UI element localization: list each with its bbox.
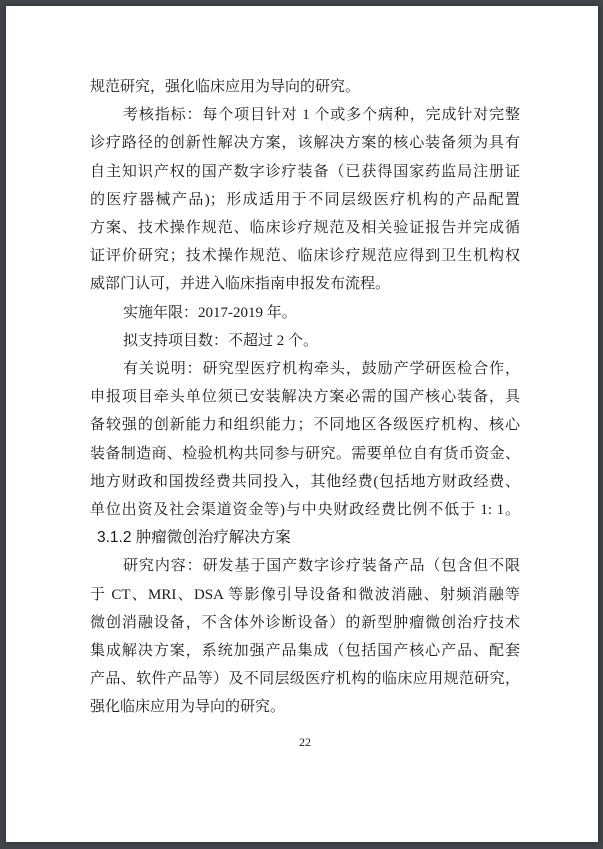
text-line: 单位出资及社会渠道资金等)与中央财政经费比例不低于 1: 1。 [90, 496, 520, 524]
text-line: 微创消融设备，不含体外诊断设备）的新型肿瘤微创治疗技术 [90, 609, 520, 637]
text-line: 考核指标：每个项目针对 1 个或多个病种，完成针对完整 [90, 101, 520, 129]
text-line: 集成解决方案，系统加强产品集成（包括国产核心产品、配套 [90, 637, 520, 665]
text-line: 备较强的创新能力和组织能力；不同地区各级医疗机构、核心 [90, 411, 520, 439]
text-line: 拟支持项目数：不超过 2 个。 [90, 327, 520, 355]
text-block: 规范研究，强化临床应用为导向的研究。考核指标：每个项目针对 1 个或多个病种，完… [90, 73, 520, 722]
text-line: 有关说明：研究型医疗机构牵头，鼓励产学研医检合作， [90, 355, 520, 383]
text-line: 威部门认可，并进入临床指南申报发布流程。 [90, 270, 520, 298]
text-line: 地方财政和国拨经费共同投入，其他经费(包括地方财政经费、 [90, 468, 520, 496]
text-line: 实施年限：2017-2019 年。 [90, 299, 520, 327]
document-page: 规范研究，强化临床应用为导向的研究。考核指标：每个项目针对 1 个或多个病种，完… [6, 6, 598, 842]
text-line: 诊疗路径的创新性解决方案，该解决方案的核心装备须为具有 [90, 129, 520, 157]
text-line: 于 CT、MRI、DSA 等影像引导设备和微波消融、射频消融等 [90, 581, 520, 609]
text-line: 研究内容：研发基于国产数字诊疗装备产品（包含但不限 [90, 552, 520, 580]
text-line: 规范研究，强化临床应用为导向的研究。 [90, 73, 520, 101]
text-line: 证评价研究；技术操作规范、临床诊疗规范应得到卫生机构权 [90, 242, 520, 270]
text-line: 的医疗器械产品)；形成适用于不同层级医疗机构的产品配置 [90, 186, 520, 214]
text-line: 产品、软件产品等）及不同层级医疗机构的临床应用规范研究， [90, 665, 520, 693]
pdf-viewer-canvas: { "theme": { "canvas_color": "#40464b", … [0, 0, 603, 849]
page-number: 22 [90, 735, 520, 749]
text-line: 申报项目牵头单位须已安装解决方案必需的国产核心装备，具 [90, 383, 520, 411]
section-heading: 3.1.2 肿瘤微创治疗解决方案 [90, 524, 520, 552]
text-line: 方案、技术操作规范、临床诊疗规范及相关验证报告并完成循 [90, 214, 520, 242]
text-line: 装备制造商、检验机构共同参与研究。需要单位自有货币资金、 [90, 440, 520, 468]
text-line: 强化临床应用为导向的研究。 [90, 693, 520, 721]
text-line: 自主知识产权的国产数字诊疗装备（已获得国家药监局注册证 [90, 158, 520, 186]
